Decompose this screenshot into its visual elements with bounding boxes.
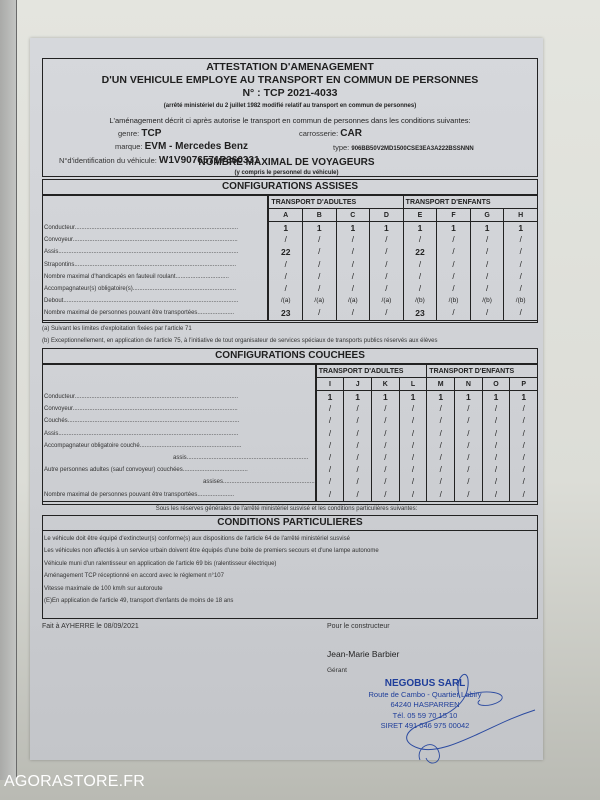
column-header: E	[403, 209, 437, 222]
decree-reference: (arrêté ministériel du 2 juillet 1982 mo…	[43, 103, 537, 109]
value-column: 1////////	[371, 391, 399, 502]
cell-value: /	[510, 415, 537, 427]
cell-value: /	[455, 415, 482, 427]
cell-value: /	[471, 259, 504, 271]
cell-value: 1	[471, 222, 504, 234]
cell-value: /	[510, 403, 537, 415]
cell-value: /	[404, 234, 437, 246]
cell-value: 1	[372, 391, 399, 403]
cell-value: /	[437, 283, 470, 295]
row-label: Conducteur..............................…	[43, 391, 315, 403]
cell-value: /	[400, 440, 427, 452]
cell-value: /	[483, 428, 510, 440]
cell-value: /	[483, 452, 510, 464]
cell-value: 1	[400, 391, 427, 403]
cell-value: /	[455, 428, 482, 440]
cell-value: /	[427, 464, 454, 476]
column-header: G	[470, 209, 504, 222]
cell-value: /	[372, 452, 399, 464]
cell-value: /	[317, 489, 344, 501]
carrosserie-field: carrosserie: CAR	[299, 128, 362, 139]
cell-value: /	[427, 403, 454, 415]
cell-value: 23	[404, 307, 437, 319]
cell-value: /	[370, 259, 403, 271]
row-label: Strapontins.............................…	[43, 259, 267, 271]
row-label: Nombre maximal de personnes pouvant être…	[43, 307, 267, 319]
conditions-list: Le véhicule doit être équipé d'extincteu…	[43, 533, 379, 607]
cell-value: /	[400, 403, 427, 415]
cell-value: /(a)	[370, 295, 403, 307]
value-column: 1//////(b)/	[470, 222, 504, 321]
value-column: 1////////	[399, 391, 427, 502]
cell-value: /	[404, 271, 437, 283]
cell-value: 1	[427, 391, 454, 403]
column-header: L	[399, 378, 427, 391]
cell-value: /	[504, 307, 537, 319]
cell-value: /	[344, 403, 371, 415]
column-header: O	[482, 378, 510, 391]
cell-value: 1	[455, 391, 482, 403]
lying-config-table: Conducteur..............................…	[42, 364, 538, 502]
cell-value: /	[510, 464, 537, 476]
cell-value: /	[504, 283, 537, 295]
footnote-a: (a) Suivant les limites d'exploitation f…	[42, 326, 192, 332]
cell-value: 22	[404, 246, 437, 258]
cell-value: /	[344, 464, 371, 476]
column-header: M	[427, 378, 455, 391]
row-label: Autre personnes adultes (sauf convoyeur)…	[43, 464, 315, 476]
cell-value: /	[317, 440, 344, 452]
cell-value: /	[269, 234, 302, 246]
cell-value: /	[427, 452, 454, 464]
cell-value: /	[510, 489, 537, 501]
value-column: 1////////	[510, 391, 538, 502]
cell-value: /(b)	[437, 295, 470, 307]
seated-config-title: CONFIGURATIONS ASSISES	[43, 181, 537, 192]
doc-subtitle: D'UN VEHICULE EMPLOYE AU TRANSPORT EN CO…	[43, 74, 537, 86]
signature-icon	[360, 638, 540, 768]
seated-config-table: Conducteur..............................…	[42, 195, 538, 321]
cell-value: /	[437, 271, 470, 283]
condition-item: Les véhicules non affectés à un service …	[43, 545, 379, 557]
cell-value: /	[483, 476, 510, 488]
cell-value: /	[372, 428, 399, 440]
cell-value: /	[437, 246, 470, 258]
value-column: 1//////(a)/	[302, 222, 336, 321]
cell-value: /	[337, 234, 370, 246]
cell-value: /	[455, 440, 482, 452]
cell-value: 23	[269, 307, 302, 319]
cell-value: /	[400, 464, 427, 476]
row-label: assis...................................…	[43, 452, 315, 464]
max-passengers-subtitle: (y compris le personnel du véhicule)	[30, 170, 543, 176]
value-column: 1//////(a)/	[370, 222, 404, 321]
row-label: Debout..................................…	[43, 295, 267, 307]
cell-value: /	[337, 259, 370, 271]
cell-value: /	[471, 271, 504, 283]
cell-value: /	[303, 234, 336, 246]
max-passengers-title: NOMBRE MAXIMAL DE VOYAGEURS	[30, 157, 543, 168]
cell-value: 1	[344, 391, 371, 403]
cell-value: /	[455, 476, 482, 488]
cell-value: /	[471, 283, 504, 295]
doc-number: N° : TCP 2021-4033	[43, 87, 537, 99]
watermark: AGORASTORE.FR	[4, 773, 145, 791]
cell-value: /	[344, 452, 371, 464]
cell-value: /(a)	[303, 295, 336, 307]
cell-value: 1	[483, 391, 510, 403]
cell-value: /	[370, 271, 403, 283]
condition-item: Le véhicule doit être équipé d'extincteu…	[43, 533, 379, 545]
cell-value: 1	[370, 222, 403, 234]
cell-value: /	[483, 464, 510, 476]
column-header: I	[316, 378, 344, 391]
cell-value: /	[337, 283, 370, 295]
cell-value: /	[455, 452, 482, 464]
column-header: J	[344, 378, 372, 391]
value-column: 1////////	[455, 391, 483, 502]
cell-value: 1	[504, 222, 537, 234]
cell-value: /	[303, 259, 336, 271]
cell-value: 1	[337, 222, 370, 234]
footnote-b: (b) Exceptionnellement, en application d…	[42, 338, 438, 344]
cell-value: /	[400, 452, 427, 464]
cell-value: /	[344, 415, 371, 427]
cell-value: 1	[317, 391, 344, 403]
cell-value: /	[372, 440, 399, 452]
cell-value: /(a)	[337, 295, 370, 307]
value-column: 1////////	[316, 391, 344, 502]
cell-value: /	[471, 307, 504, 319]
condition-item: Aménagement TCP réceptionné en accord av…	[43, 570, 379, 582]
cell-value: /	[372, 476, 399, 488]
adjacent-paper-edge	[0, 0, 17, 780]
row-label: Accompagnateur obligatoire couché.......…	[43, 440, 315, 452]
cell-value: /	[303, 271, 336, 283]
column-header: K	[371, 378, 399, 391]
cell-value: /	[510, 476, 537, 488]
cell-value: /	[372, 489, 399, 501]
cell-value: 22	[269, 246, 302, 258]
reserves-text: Sous les réserves générales de l'arrêté …	[30, 506, 543, 512]
row-labels: Conducteur..............................…	[43, 365, 316, 502]
cell-value: /	[427, 476, 454, 488]
cell-value: /	[404, 259, 437, 271]
value-column: 1////////	[427, 391, 455, 502]
row-label: Couchés.................................…	[43, 415, 315, 427]
row-label: assises.................................…	[43, 476, 315, 488]
intro-text: L'aménagement décrit ci après autorise l…	[43, 116, 537, 125]
doc-title: ATTESTATION D'AMENAGEMENT	[43, 61, 537, 73]
row-label: Conducteur..............................…	[43, 222, 267, 234]
value-column: 1//////(b)/	[437, 222, 471, 321]
cell-value: /	[504, 271, 537, 283]
cell-value: /	[455, 403, 482, 415]
cell-value: /	[400, 415, 427, 427]
genre-field: genre: TCP	[118, 128, 161, 139]
row-label: Convoyeur...............................…	[43, 234, 267, 246]
cell-value: /	[372, 403, 399, 415]
cell-value: /	[400, 428, 427, 440]
cell-value: /	[471, 234, 504, 246]
group-adults-header: TRANSPORT D'ADULTES	[268, 196, 403, 209]
value-column: 1//////(a)/	[336, 222, 370, 321]
value-column: 1////////	[344, 391, 372, 502]
column-header: C	[336, 209, 370, 222]
cell-value: /	[437, 259, 470, 271]
cell-value: /	[510, 428, 537, 440]
group-children-header: TRANSPORT D'ENFANTS	[427, 365, 538, 378]
group-children-header: TRANSPORT D'ENFANTS	[403, 196, 537, 209]
value-column: 1/22////(a)23	[268, 222, 302, 321]
seated-config-box: CONFIGURATIONS ASSISES Conducteur.......…	[42, 179, 538, 323]
cell-value: /	[427, 440, 454, 452]
cell-value: /	[337, 307, 370, 319]
value-column: 1/22////(b)23	[403, 222, 437, 321]
row-labels: Conducteur..............................…	[43, 196, 269, 321]
cell-value: /	[400, 476, 427, 488]
condition-item: Vitesse maximale de 100 km/h sur autorou…	[43, 583, 379, 595]
cell-value: /	[504, 246, 537, 258]
cell-value: /	[303, 246, 336, 258]
conditions-title: CONDITIONS PARTICULIERES	[43, 517, 537, 528]
cell-value: /	[483, 489, 510, 501]
cell-value: /	[510, 452, 537, 464]
value-column: 1////////	[482, 391, 510, 502]
cell-value: /	[344, 476, 371, 488]
cell-value: /	[269, 271, 302, 283]
cell-value: /	[337, 246, 370, 258]
lying-config-box: CONFIGURATIONS COUCHEES Conducteur......…	[42, 348, 538, 505]
cell-value: /	[372, 415, 399, 427]
cell-value: /	[337, 271, 370, 283]
cell-value: /	[370, 283, 403, 295]
value-column: 1//////(b)/	[504, 222, 538, 321]
cell-value: /	[317, 476, 344, 488]
cell-value: /	[317, 415, 344, 427]
cell-value: 1	[404, 222, 437, 234]
column-header: H	[504, 209, 538, 222]
cell-value: /	[483, 415, 510, 427]
column-header: A	[268, 209, 302, 222]
cell-value: /	[504, 259, 537, 271]
cell-value: /	[427, 415, 454, 427]
cell-value: /	[303, 283, 336, 295]
row-label: Nombre maximal d'handicapés en fauteuil …	[43, 271, 267, 283]
place-date: Fait à AYHERRE le 08/09/2021	[42, 623, 139, 630]
conditions-box: CONDITIONS PARTICULIERES Le véhicule doi…	[42, 515, 538, 619]
cell-value: /	[427, 428, 454, 440]
cell-value: /	[504, 234, 537, 246]
row-label: Assis...................................…	[43, 246, 267, 258]
cell-value: /(a)	[269, 295, 302, 307]
cell-value: /	[455, 464, 482, 476]
cell-value: /	[404, 283, 437, 295]
cell-value: /	[483, 403, 510, 415]
cell-value: /	[317, 452, 344, 464]
signatory-role: Gérant	[327, 667, 347, 674]
row-label: Assis...................................…	[43, 428, 315, 440]
cell-value: /	[317, 464, 344, 476]
cell-value: /	[303, 307, 336, 319]
column-header: B	[302, 209, 336, 222]
cell-value: /	[344, 428, 371, 440]
lying-config-title: CONFIGURATIONS COUCHEES	[43, 350, 537, 361]
cell-value: /	[269, 283, 302, 295]
group-adults-header: TRANSPORT D'ADULTES	[316, 365, 427, 378]
cell-value: /	[317, 403, 344, 415]
condition-item: (E)En application de l'article 49, trans…	[43, 595, 379, 607]
column-header: P	[510, 378, 538, 391]
cell-value: /	[471, 246, 504, 258]
type-field: type: 906BB50V2MD1500CSE3EA3A222BSSNNN	[333, 143, 474, 152]
row-label: Accompagnateur(s) obligatoire(s)........…	[43, 283, 267, 295]
cell-value: /	[370, 307, 403, 319]
cell-value: /	[400, 489, 427, 501]
row-label: Convoyeur...............................…	[43, 403, 315, 415]
cell-value: /	[437, 234, 470, 246]
cell-value: /(b)	[471, 295, 504, 307]
condition-item: Véhicule muni d'un ralentisseur en appli…	[43, 558, 379, 570]
cell-value: /	[269, 259, 302, 271]
cell-value: /	[370, 234, 403, 246]
cell-value: 1	[269, 222, 302, 234]
cell-value: /	[344, 440, 371, 452]
row-label: Nombre maximal de personnes pouvant être…	[43, 489, 315, 501]
column-header: D	[370, 209, 404, 222]
cell-value: /(b)	[404, 295, 437, 307]
cell-value: 1	[510, 391, 537, 403]
for-constructor: Pour le constructeur	[327, 623, 390, 630]
marque-field: marque: EVM - Mercedes Benz	[115, 141, 248, 152]
cell-value: /(b)	[504, 295, 537, 307]
column-header: F	[437, 209, 471, 222]
cell-value: /	[344, 489, 371, 501]
column-header: N	[455, 378, 483, 391]
cell-value: /	[317, 428, 344, 440]
cell-value: /	[370, 246, 403, 258]
cell-value: 1	[303, 222, 336, 234]
cell-value: /	[483, 440, 510, 452]
cell-value: 1	[437, 222, 470, 234]
cell-value: /	[372, 464, 399, 476]
cell-value: /	[437, 307, 470, 319]
attestation-document: ATTESTATION D'AMENAGEMENT D'UN VEHICULE …	[30, 38, 543, 760]
cell-value: /	[510, 440, 537, 452]
cell-value: /	[427, 489, 454, 501]
cell-value: /	[455, 489, 482, 501]
